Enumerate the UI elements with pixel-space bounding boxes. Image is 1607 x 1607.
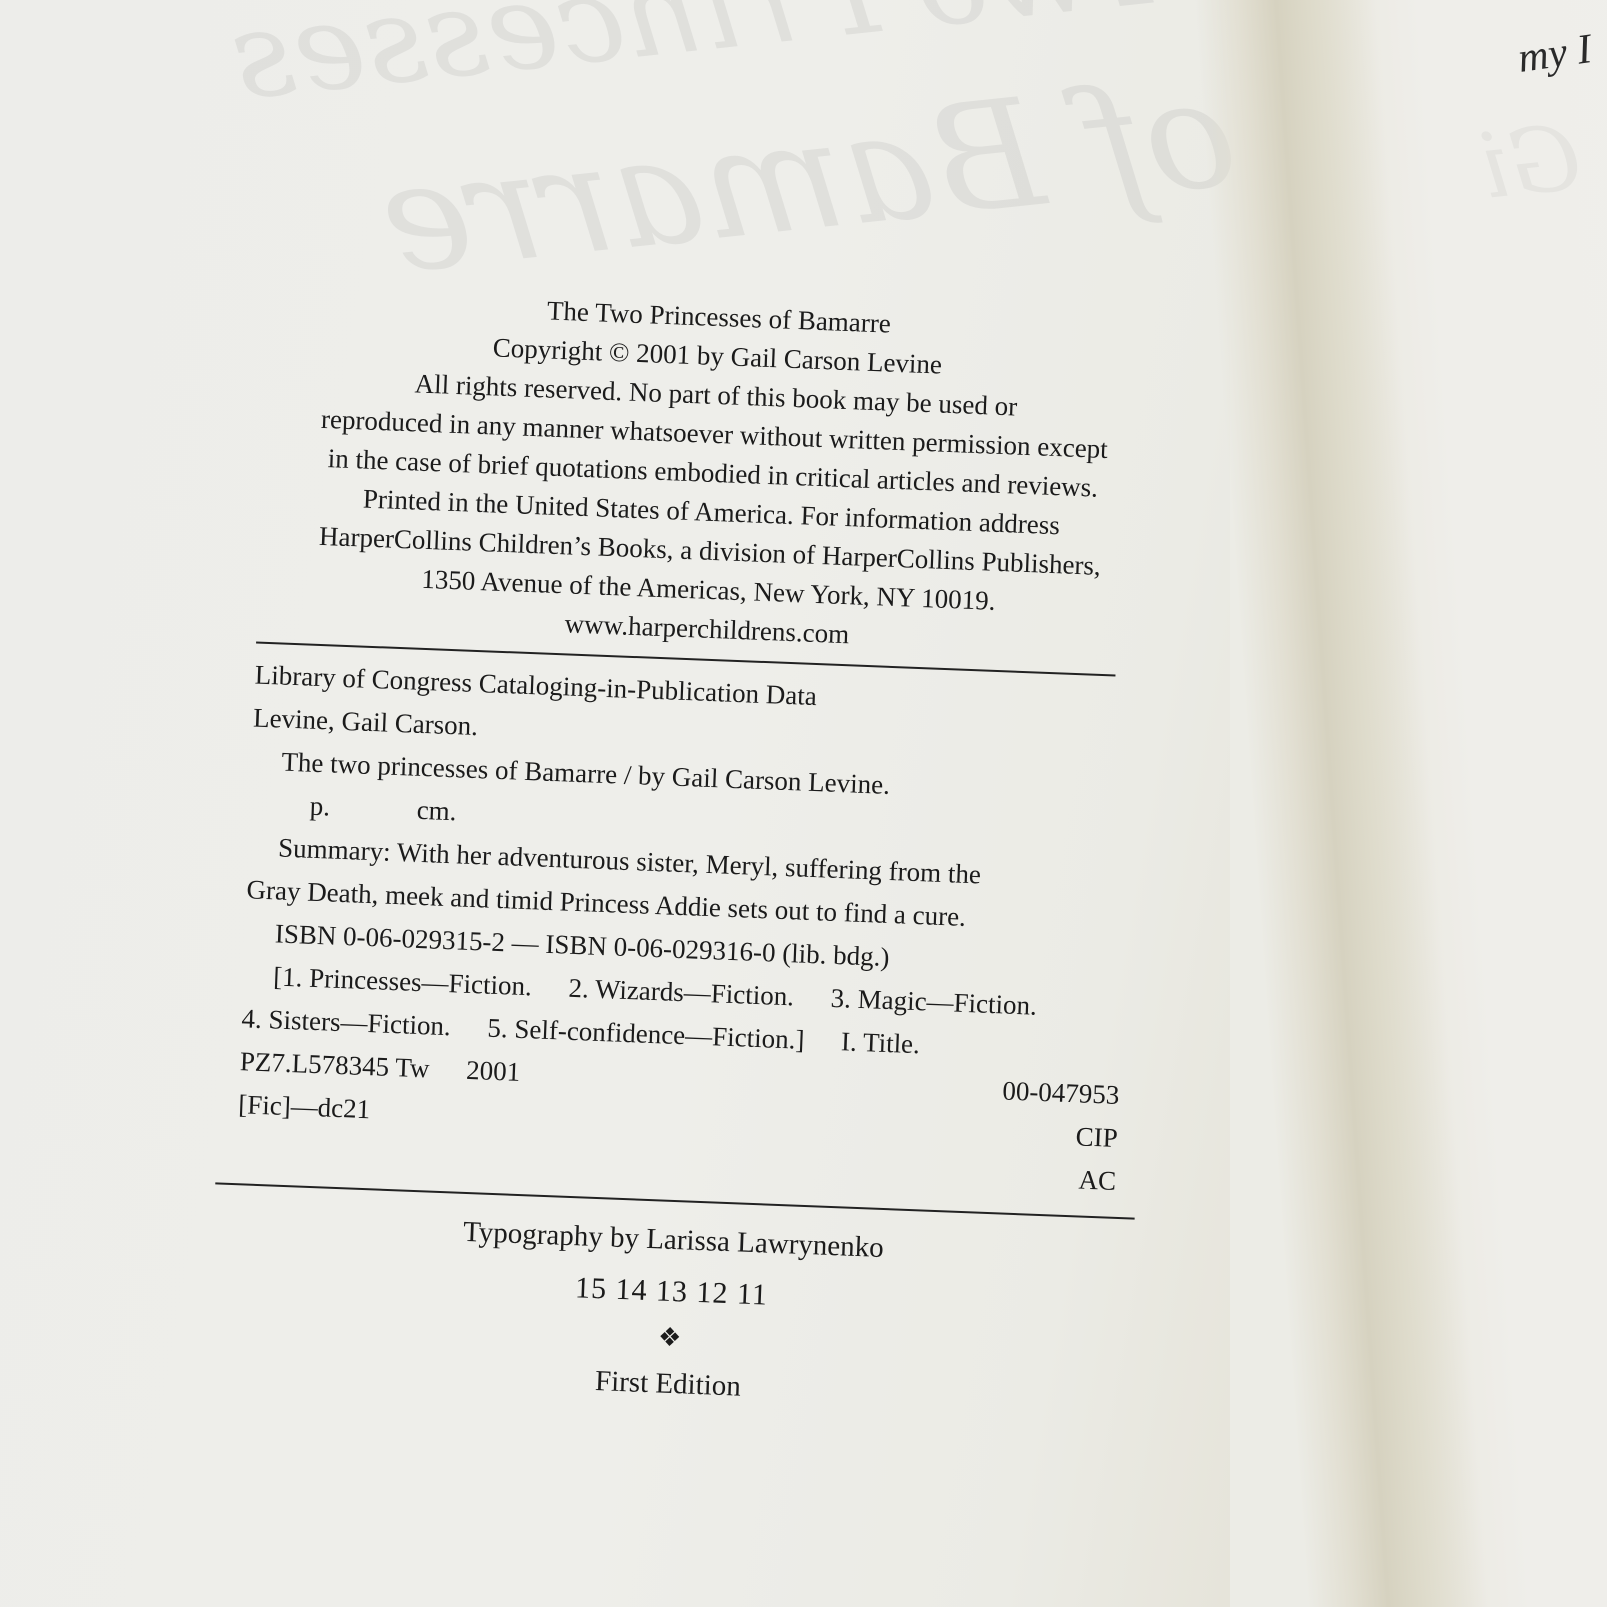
cip-pages-label: p. — [309, 785, 331, 829]
cip-subject: 5. Self-confidence—Fiction.] — [487, 1013, 805, 1055]
cip-subject: I. Title. — [841, 1026, 921, 1059]
colophon: Typography by Larissa Lawrynenko 15 14 1… — [207, 1196, 1134, 1427]
cip-class-number: PZ7.L578345 Tw — [239, 1046, 430, 1083]
copyright-notice: The Two Princesses of Bamarre Copyright … — [276, 282, 1149, 666]
cip-subject: 3. Magic—Fiction. — [830, 983, 1037, 1021]
right-page-text: my I — [1515, 25, 1594, 83]
photo-stage: Two Princesses of Bamarre Gi my I The Tw… — [0, 0, 1607, 1607]
cip-cm-label: cm. — [416, 789, 457, 833]
cip-lccn: 00-047953 — [1002, 1069, 1121, 1116]
cip-data-block: Library of Congress Cataloging-in-Public… — [236, 653, 1135, 1202]
cip-subject: [1. Princesses—Fiction. — [273, 961, 533, 1001]
cip-ac-tag: AC — [1078, 1158, 1117, 1202]
cip-subject: 2. Wizards—Fiction. — [568, 973, 795, 1012]
cip-class-year: 2001 — [466, 1055, 521, 1087]
cip-dewey: [Fic]—dc21 — [238, 1083, 372, 1131]
copyright-page-content: The Two Princesses of Bamarre Copyright … — [207, 280, 1169, 1427]
cip-tag: CIP — [1075, 1115, 1119, 1160]
cip-subject: 4. Sisters—Fiction. — [241, 1003, 451, 1041]
